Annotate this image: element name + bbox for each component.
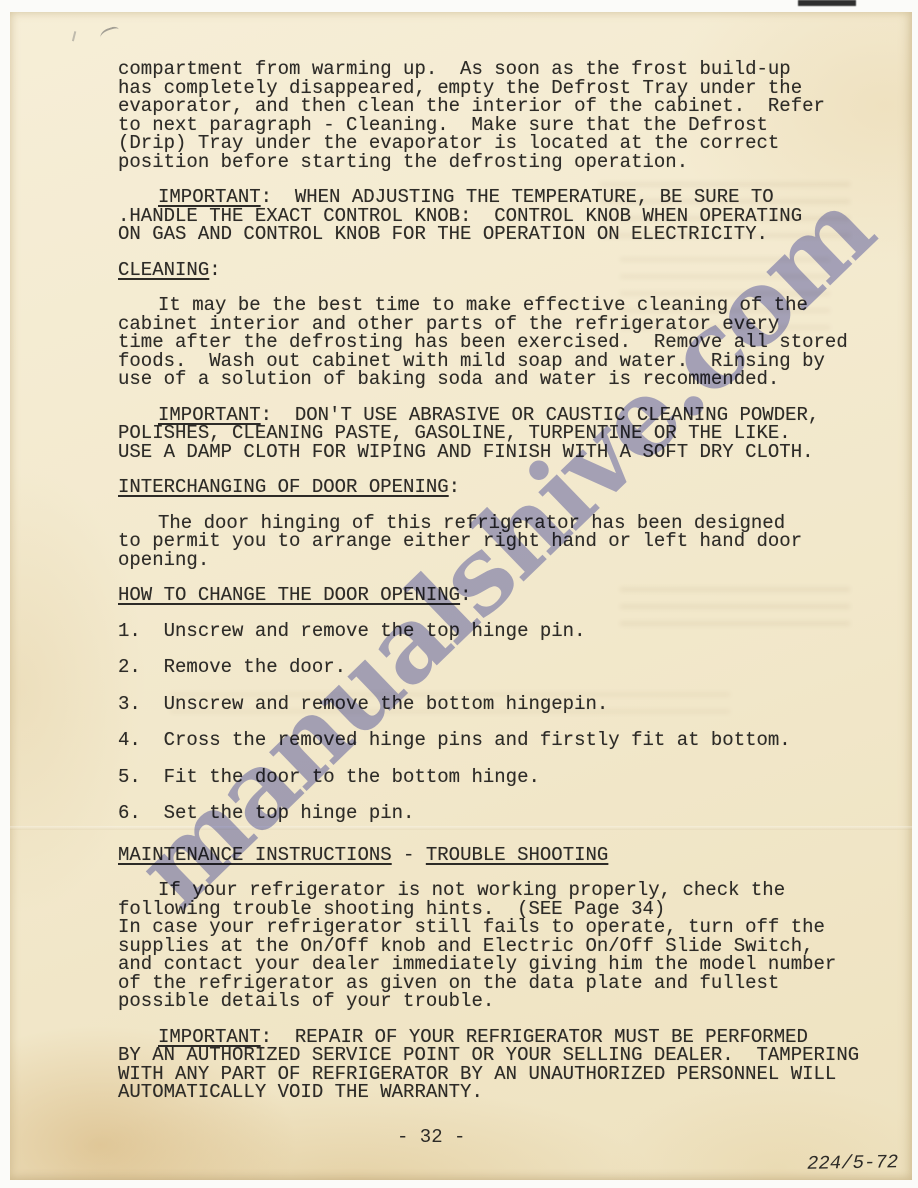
heading-interchanging-door: INTERCHANGING OF DOOR OPENING: xyxy=(118,478,898,497)
heading-colon: : xyxy=(460,584,471,606)
important-note-repair: IMPORTANT: REPAIR OF YOUR REFRIGERATOR M… xyxy=(118,1028,898,1102)
list-item-text: 5. Fit the door to the bottom hinge. xyxy=(118,766,540,788)
heading-label: MAINTENANCE INSTRUCTIONS xyxy=(118,844,392,866)
important-note-temperature: IMPORTANT: WHEN ADJUSTING THE TEMPERATUR… xyxy=(118,188,898,244)
door-steps-list: 1. Unscrew and remove the top hinge pin.… xyxy=(118,622,898,823)
heading-label: CLEANING xyxy=(118,259,209,281)
document-code: 224/5-72 xyxy=(807,1151,899,1175)
paragraph-text: The door hinging of this refrigerator ha… xyxy=(118,512,802,571)
list-item: 4. Cross the removed hinge pins and firs… xyxy=(118,731,898,750)
paragraph-defrost-continued: compartment from warming up. As soon as … xyxy=(118,60,898,171)
heading-how-to-change-door: HOW TO CHANGE THE DOOR OPENING: xyxy=(118,586,898,605)
paragraph-trouble-shooting: If your refrigerator is not working prop… xyxy=(118,881,898,1011)
list-item-text: 6. Set the top hinge pin. xyxy=(118,802,414,824)
paragraph-text: compartment from warming up. As soon as … xyxy=(118,58,825,173)
scan-artifact xyxy=(798,0,856,6)
paragraph-cleaning: It may be the best time to make effectiv… xyxy=(118,296,898,389)
list-item-text: 3. Unscrew and remove the bottom hingepi… xyxy=(118,693,608,715)
paragraph-text: It may be the best time to make effectiv… xyxy=(118,294,848,390)
list-item: 1. Unscrew and remove the top hinge pin. xyxy=(118,622,898,641)
paragraph-text: If your refrigerator is not working prop… xyxy=(118,879,836,1012)
heading-label: TROUBLE SHOOTING xyxy=(426,844,608,866)
heading-colon: : xyxy=(209,259,220,281)
list-item: 3. Unscrew and remove the bottom hingepi… xyxy=(118,695,898,714)
heading-label: HOW TO CHANGE THE DOOR OPENING xyxy=(118,584,460,606)
page-number: - 32 - xyxy=(397,1126,465,1148)
heading-label: INTERCHANGING OF DOOR OPENING xyxy=(118,476,449,498)
heading-maintenance-trouble-shooting: MAINTENANCE INSTRUCTIONS - TROUBLE SHOOT… xyxy=(118,846,898,865)
list-item: 2. Remove the door. xyxy=(118,658,898,677)
heading-colon: : xyxy=(449,476,460,498)
list-item-text: 2. Remove the door. xyxy=(118,656,346,678)
important-note-cleaning: IMPORTANT: DON'T USE ABRASIVE OR CAUSTIC… xyxy=(118,406,898,462)
paragraph-door-hinging: The door hinging of this refrigerator ha… xyxy=(118,514,898,570)
heading-separator: - xyxy=(392,844,426,866)
page-body-text: compartment from warming up. As soon as … xyxy=(118,60,898,1119)
list-item: 5. Fit the door to the bottom hinge. xyxy=(118,768,898,787)
list-item-text: 1. Unscrew and remove the top hinge pin. xyxy=(118,620,585,642)
scanned-manual-page: { "document": { "page_number": "- 32 -",… xyxy=(0,0,918,1188)
list-item-text: 4. Cross the removed hinge pins and firs… xyxy=(118,729,791,751)
list-item: 6. Set the top hinge pin. xyxy=(118,804,898,823)
heading-cleaning: CLEANING: xyxy=(118,261,898,280)
